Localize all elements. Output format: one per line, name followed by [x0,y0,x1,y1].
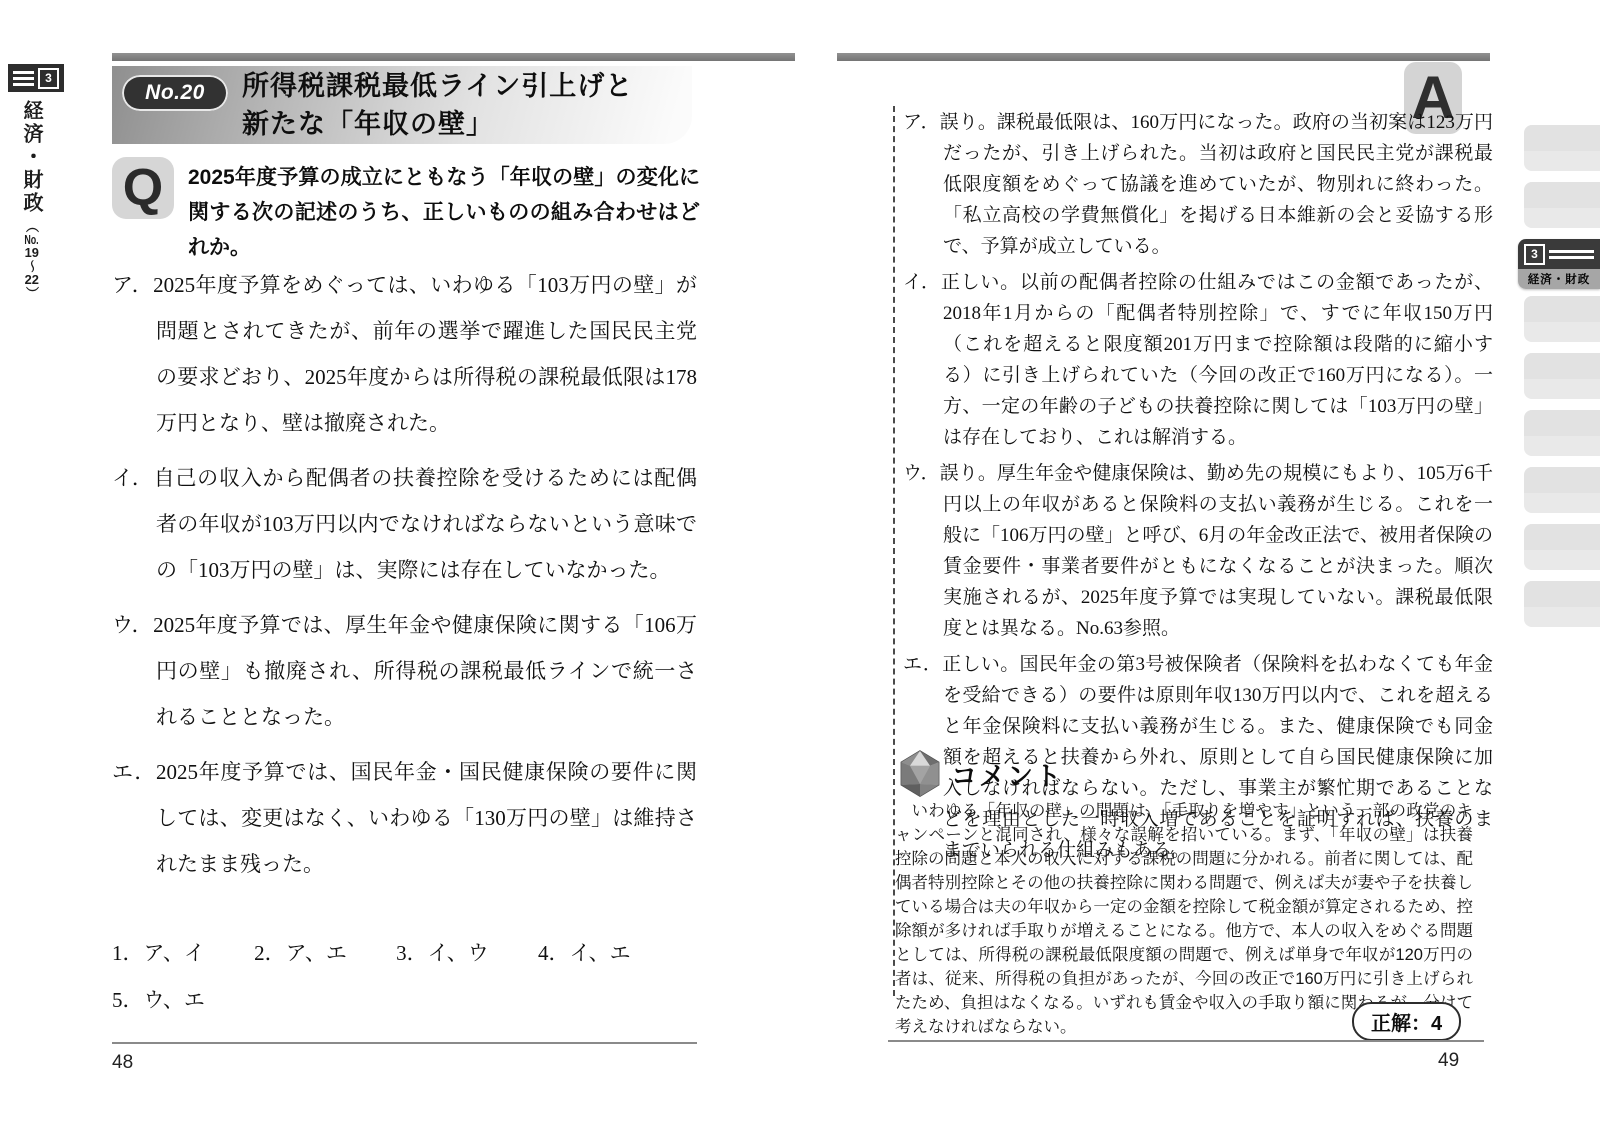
question-number-badge: No.20 [122,75,228,111]
range-from: 19 [24,246,39,259]
edge-tab-ghost-bottom [1524,493,1600,513]
edge-tab-ghost-top [1524,524,1600,550]
answer-item-a: ア．誤り。課税最低限は、160万円になった。政府の当初案は123万円だったが、引… [903,107,1493,262]
section-title: 経済・財政 [20,100,42,215]
page-number-left: 48 [112,1052,133,1074]
question-lead: 2025年度予算の成立にともなう「年収の壁」の変化に関する次の記述のうち、正しい… [188,160,700,265]
top-rule-left [112,53,795,61]
comment-header: コメント [898,750,1063,798]
edge-tab-ghost-top [1524,581,1600,607]
option-text: 自己の収入から配偶者の扶養控除を受けるためには配偶者の年収が103万円以内でなけ… [154,466,697,582]
option-item-e: エ．2025年度予算では、国民年金・国民健康保険の要件に関しては、変更はなく、い… [112,749,697,887]
edge-tab-5 [1524,353,1600,399]
range-prefix: No. [24,233,39,246]
option-item-a: ア．2025年度予算をめぐっては、いわゆる「103万円の壁」が問題とされてきたが… [112,262,697,446]
edge-tab-ghost-bottom [1524,550,1600,570]
edge-tab-8 [1524,524,1600,570]
edge-tab-ghost-top [1524,410,1600,436]
answer-text: 誤り。課税最低限は、160万円になった。政府の当初案は123万円だったが、引き上… [940,112,1493,257]
answer-item-i: イ．正しい。以前の配偶者控除の仕組みではこの金額であったが、2018年1月からの… [903,267,1493,453]
edge-tab-7 [1524,467,1600,513]
answer-marker: ウ． [903,463,940,484]
answer-text: 誤り。厚生年金や健康保険は、勤め先の規模にもより、105万6千円以上の年収がある… [940,463,1493,639]
option-text: 2025年度予算をめぐっては、いわゆる「103万円の壁」が問題とされてきたが、前… [153,273,697,435]
answer-text: 正しい。以前の配偶者控除の仕組みではこの金額であったが、2018年1月からの「配… [941,272,1493,448]
edge-tab-ghost-bottom [1524,379,1600,399]
stripes-icon [13,71,34,86]
option-item-i: イ．自己の収入から配偶者の扶養控除を受けるためには配偶者の年収が103万円以内で… [112,455,697,593]
edge-tab-1 [1524,125,1600,171]
edge-tab-6 [1524,410,1600,456]
correct-answer-badge: 正解：4 [1352,1002,1461,1041]
options-list: ア．2025年度予算をめぐっては、いわゆる「103万円の壁」が問題とされてきたが… [112,262,697,896]
range-tilde: 〜 [24,259,39,273]
answer-marker: ア． [903,112,940,133]
option-marker: ウ． [112,613,153,637]
edge-tab-2 [1524,182,1600,228]
option-marker: エ． [112,760,156,784]
edge-tab-ghost-bottom [1524,151,1600,171]
option-item-u: ウ．2025年度予算では、厚生年金や健康保険に関する「106万円の壁」も撤廃され… [112,602,697,740]
option-text: 2025年度予算では、国民年金・国民健康保険の要件に関しては、変更はなく、いわゆ… [156,760,697,876]
bottom-rule-right [888,1040,1484,1042]
range-close: ） [24,286,39,300]
choice-3: 3．イ、ウ [396,941,489,965]
edge-tab-label: 経済・財政 [1518,269,1600,289]
edge-tab-ghost-bottom [1524,208,1600,228]
stripes-icon [1549,250,1594,259]
comment-title: コメント [951,756,1063,793]
edge-tab-ghost-bottom [1524,436,1600,456]
edge-tab-ghost-top [1524,125,1600,151]
q-icon: Q [112,157,174,219]
bottom-rule-left [112,1042,697,1044]
section-number: 3 [38,68,59,89]
page-number-right: 49 [1438,1050,1459,1072]
choice-5: 5．ウ、エ [112,988,205,1012]
book-spread: 3 経済・財政 （No.19〜22） No.20 所得税課税最低ライン引上げと … [0,0,1600,1132]
edge-tab-ghost-bottom [1524,607,1600,627]
edge-tab-ghost-top [1524,467,1600,493]
option-marker: ア． [112,273,153,297]
choice-1: 1．ア、イ [112,941,205,965]
edge-tab-ghost-top [1524,182,1600,208]
question-title-line1: 所得税課税最低ライン引上げと [242,67,633,105]
section-title-vertical: 経済・財政 （No.19〜22） [17,100,46,300]
question-title-line2: 新たな「年収の壁」 [242,105,633,143]
option-text: 2025年度予算では、厚生年金や健康保険に関する「106万円の壁」も撤廃され、所… [153,613,697,729]
answer-choices: 1．ア、イ 2．ア、エ 3．イ、ウ 4．イ、エ 5．ウ、エ [112,930,697,1024]
answer-marker: エ． [903,654,942,675]
edge-tab-number: 3 [1524,244,1545,265]
edge-tab-4 [1524,296,1600,342]
choice-4: 4．イ、エ [538,941,631,965]
edge-tab-ghost-top [1524,353,1600,379]
answer-item-u: ウ．誤り。厚生年金や健康保険は、勤め先の規模にもより、105万6千円以上の年収が… [903,458,1493,644]
answer-marker: イ． [903,272,941,293]
choices-row-1: 1．ア、イ 2．ア、エ 3．イ、ウ 4．イ、エ [112,930,697,977]
section-range: （No.19〜22） [24,219,39,300]
edge-tab-header: 3 [1518,239,1600,269]
choices-row-2: 5．ウ、エ [112,977,697,1024]
top-rule-right [837,53,1490,61]
edge-tab-ghost-bottom [1524,322,1600,342]
edge-tab-9 [1524,581,1600,627]
edge-tab-3-active: 3 経済・財政 [1518,239,1600,289]
choice-2: 2．ア、エ [254,941,347,965]
option-marker: イ． [112,466,154,490]
question-title: 所得税課税最低ライン引上げと 新たな「年収の壁」 [242,67,633,143]
range-to: 22 [24,273,39,286]
section-badge: 3 [8,64,64,92]
gem-icon [898,750,942,798]
question-banner: No.20 所得税課税最低ライン引上げと 新たな「年収の壁」 [112,66,692,144]
edge-tab-ghost-top [1524,296,1600,322]
range-open: （ [24,219,39,233]
